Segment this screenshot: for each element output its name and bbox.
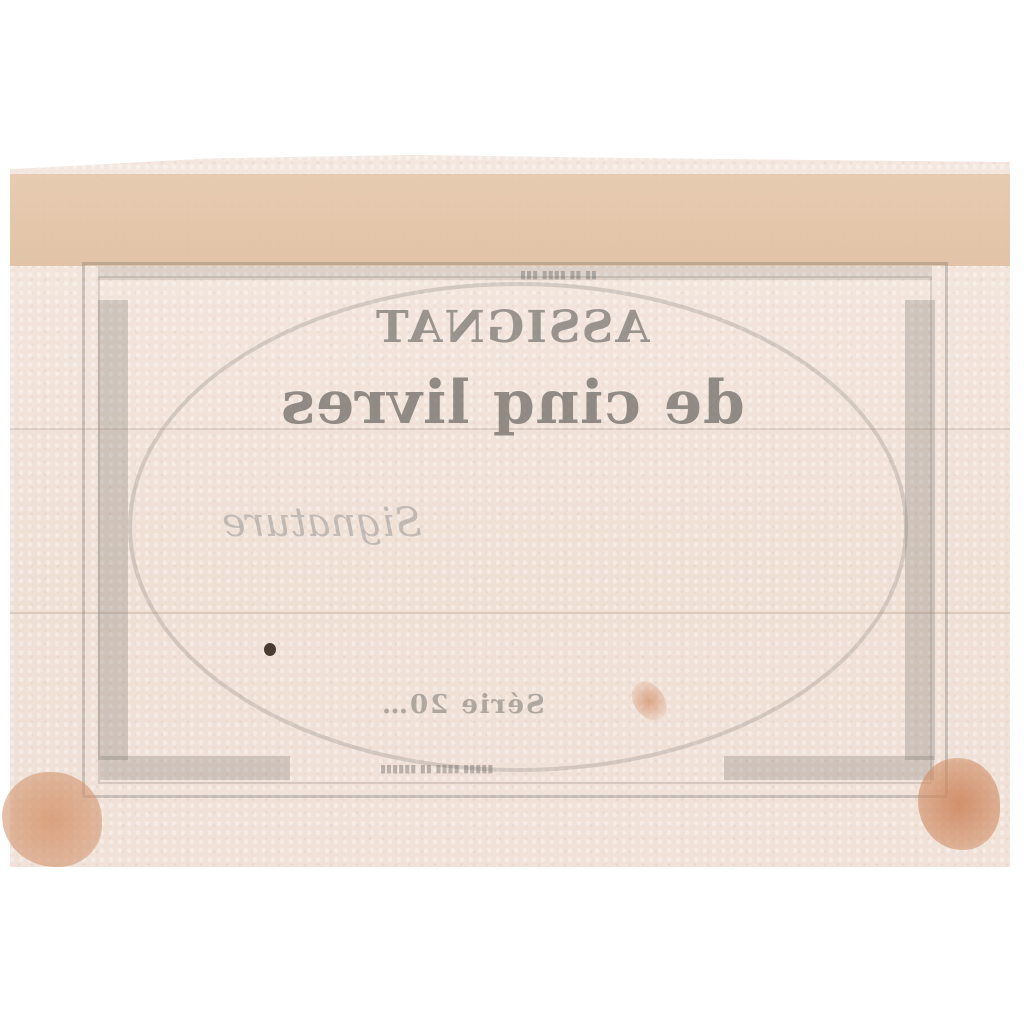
bottom-left-label [100,756,290,780]
paper-hole [264,643,276,656]
signature-text: Signature [222,500,422,546]
signature-mirrored: Signature [222,500,422,546]
bottom-border-text: ▮▮▮▮▮▮ ▮▮ ▮▮▮▮ ▮▮▮▮▮ [380,762,493,775]
serie-mirrored: Série 20… [380,690,545,720]
heading-mirrored: ASSIGNAT [0,302,1024,353]
fold-line [10,428,1010,430]
fold-line [10,612,1010,614]
serie-number: 20 [408,690,448,720]
serie-label: Série [459,690,544,720]
top-border-text: ▮▮▮ ▮▮▮▮ ▮▮ ▮▮ [520,268,597,281]
top-border-band [98,266,932,280]
tape-strip [10,174,1010,266]
heading-text: ASSIGNAT [374,302,650,353]
bottom-right-label [724,756,934,780]
